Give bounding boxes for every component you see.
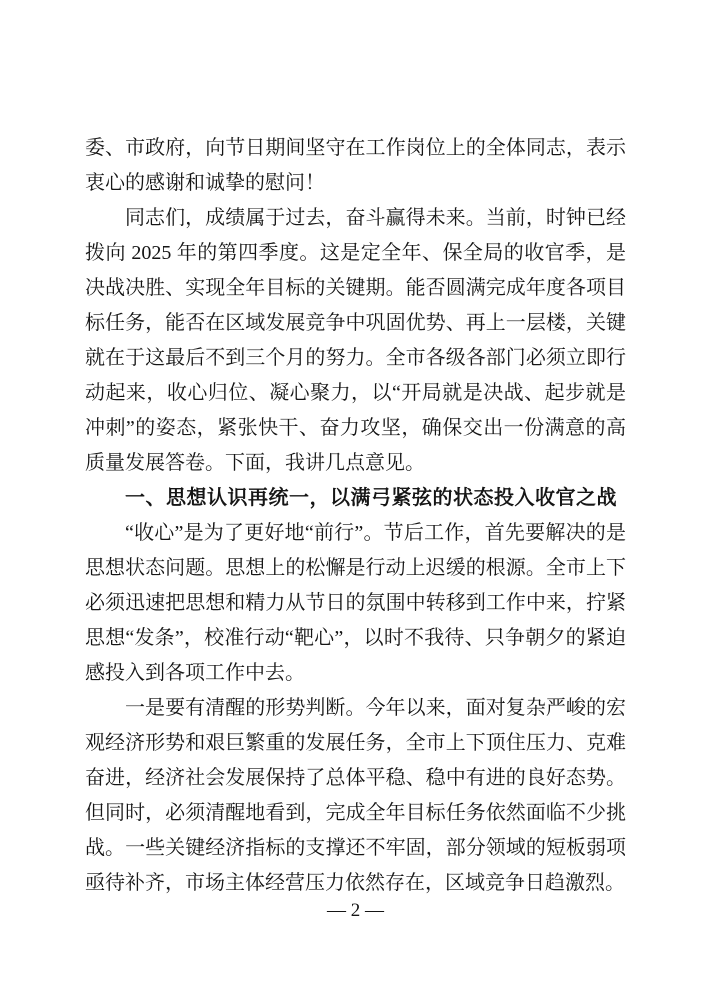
paragraph-situation-judgment: 一是要有清醒的形势判断。今年以来，面对复杂严峻的宏观经济形势和艰巨繁重的发展任务… — [85, 691, 626, 901]
paragraph-shouxin: “收心”是为了更好地“前行”。节后工作，首先要解决的是思想状态问题。思想上的松懈… — [85, 516, 626, 691]
page-number: — 2 — — [0, 893, 711, 928]
section-heading-1: 一、思想认识再统一，以满弓紧弦的状态投入收官之战 — [85, 481, 626, 516]
paragraph-continuation: 委、市政府，向节日期间坚守在工作岗位上的全体同志，表示衷心的感谢和诚挚的慰问！ — [85, 131, 626, 201]
document-body: 委、市政府，向节日期间坚守在工作岗位上的全体同志，表示衷心的感谢和诚挚的慰问！ … — [85, 131, 626, 901]
document-page: 委、市政府，向节日期间坚守在工作岗位上的全体同志，表示衷心的感谢和诚挚的慰问！ … — [0, 0, 711, 1006]
paragraph-intro: 同志们，成绩属于过去，奋斗赢得未来。当前，时钟已经拨向 2025 年的第四季度。… — [85, 201, 626, 481]
